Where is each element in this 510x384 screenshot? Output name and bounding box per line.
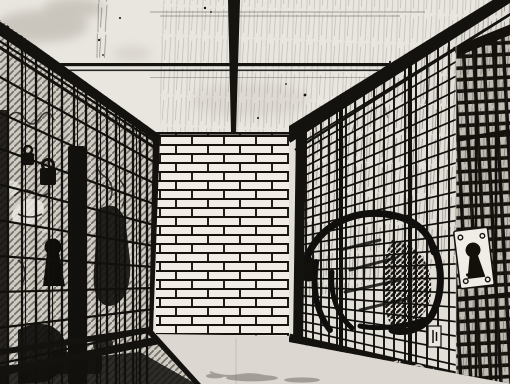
paper-grain xyxy=(0,0,510,384)
artwork-canvas xyxy=(0,0,510,384)
